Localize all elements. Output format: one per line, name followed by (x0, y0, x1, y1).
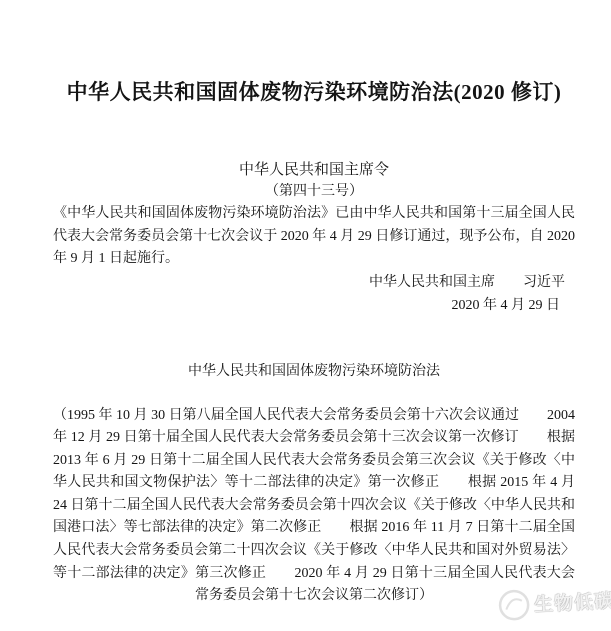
document-content: 中华人民共和国固体废物污染环境防治法(2020 修订) 中华人民共和国主席令 （… (0, 80, 611, 608)
law-history-paragraph: （1995 年 10 月 30 日第八届全国人民代表大会常务委员会第十六次会议通… (53, 405, 575, 608)
document-title: 中华人民共和国固体废物污染环境防治法(2020 修订) (62, 80, 567, 105)
document-page: 中华人民共和国固体废物污染环境防治法(2020 修订) 中华人民共和国主席令 （… (0, 0, 611, 631)
decree-heading: 中华人民共和国主席令 (53, 159, 575, 181)
decree-date: 2020 年 4 月 29 日 (53, 294, 575, 317)
decree-signature: 中华人民共和国主席 习近平 (53, 271, 575, 294)
decree-number: （第四十三号） (53, 181, 575, 203)
law-title: 中华人民共和国固体废物污染环境防治法 (53, 361, 575, 383)
decree-body-paragraph: 《中华人民共和国固体废物污染环境防治法》已由中华人民共和国第十三届全国人民代表大… (53, 203, 575, 271)
